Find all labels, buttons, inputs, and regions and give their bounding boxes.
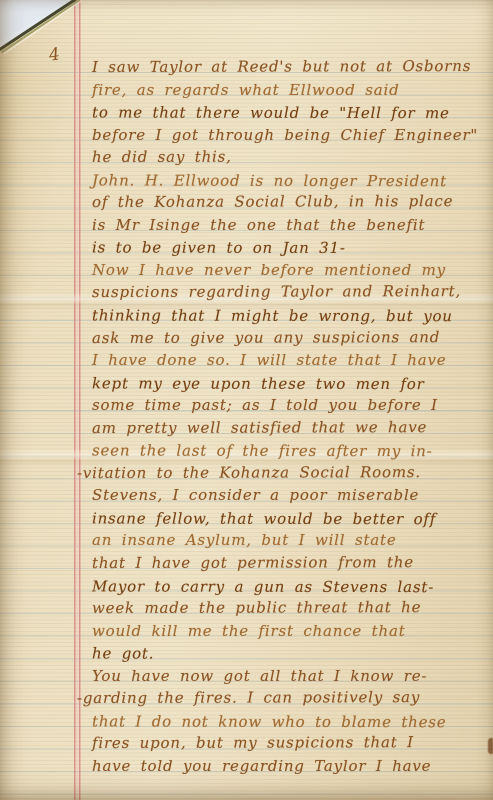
manuscript-line: an insane Asylum, but I will state — [92, 529, 489, 552]
manuscript-line: thinking that I might be wrong, but you — [92, 304, 489, 327]
manuscript-line: is Mr Isinge the one that the benefit — [92, 214, 489, 237]
manuscript-line: John. H. Ellwood is no longer President — [92, 169, 489, 192]
manuscript-line: -vitation to the Kohanza Social Rooms. — [77, 461, 489, 485]
manuscript-line: is to be given to on Jan 31- — [92, 237, 489, 260]
manuscript-line: You have now got all that I know re- — [92, 665, 489, 688]
manuscript-line: that I have got permission from the — [92, 551, 489, 575]
manuscript-line: seen the last of the fires after my in- — [92, 440, 489, 463]
manuscript-page: I saw Taylor at Reed's but not at Osborn… — [0, 0, 493, 800]
page-corner-fold — [0, 0, 94, 64]
manuscript-line: fires upon, but my suspicions that I — [92, 731, 489, 755]
manuscript-text-block: I saw Taylor at Reed's but not at Osborn… — [92, 56, 489, 778]
manuscript-line: he got. — [92, 643, 489, 666]
manuscript-line: some time past; as I told you before I — [92, 394, 489, 417]
manuscript-line: to me that there would be "Hell for me — [92, 101, 489, 124]
manuscript-line: I have done so. I will state that I have — [92, 349, 489, 372]
ink-smudge — [488, 738, 493, 754]
manuscript-line: would kill me the first chance that — [92, 620, 489, 643]
manuscript-line: ask me to give you any suspicions and — [92, 326, 489, 350]
manuscript-line: before I got through being Chief Enginee… — [92, 124, 489, 147]
manuscript-line: week made the public threat that he — [92, 596, 489, 620]
manuscript-line: am pretty well satisfied that we have — [92, 416, 489, 440]
manuscript-line: I saw Taylor at Reed's but not at Osborn… — [92, 55, 489, 79]
manuscript-line: have told you regarding Taylor I have — [92, 755, 489, 778]
manuscript-line: -garding the fires. I can positively say — [77, 686, 489, 710]
manuscript-line: of the Kohanza Social Club, in his place — [92, 190, 489, 214]
manuscript-line: Stevens, I consider a poor miserable — [92, 484, 489, 507]
manuscript-line: insane fellow, that would be better off — [92, 507, 489, 530]
manuscript-line: Mayor to carry a gun as Stevens last- — [92, 575, 489, 598]
red-margin-line — [74, 0, 82, 800]
manuscript-line: fire, as regards what Ellwood said — [92, 79, 489, 102]
manuscript-line: suspicions regarding Taylor and Reinhart… — [92, 280, 489, 304]
manuscript-line: kept my eye upon these two men for — [92, 372, 489, 395]
manuscript-line: Now I have never before mentioned my — [92, 259, 489, 282]
manuscript-line: he did say this, — [92, 145, 489, 169]
